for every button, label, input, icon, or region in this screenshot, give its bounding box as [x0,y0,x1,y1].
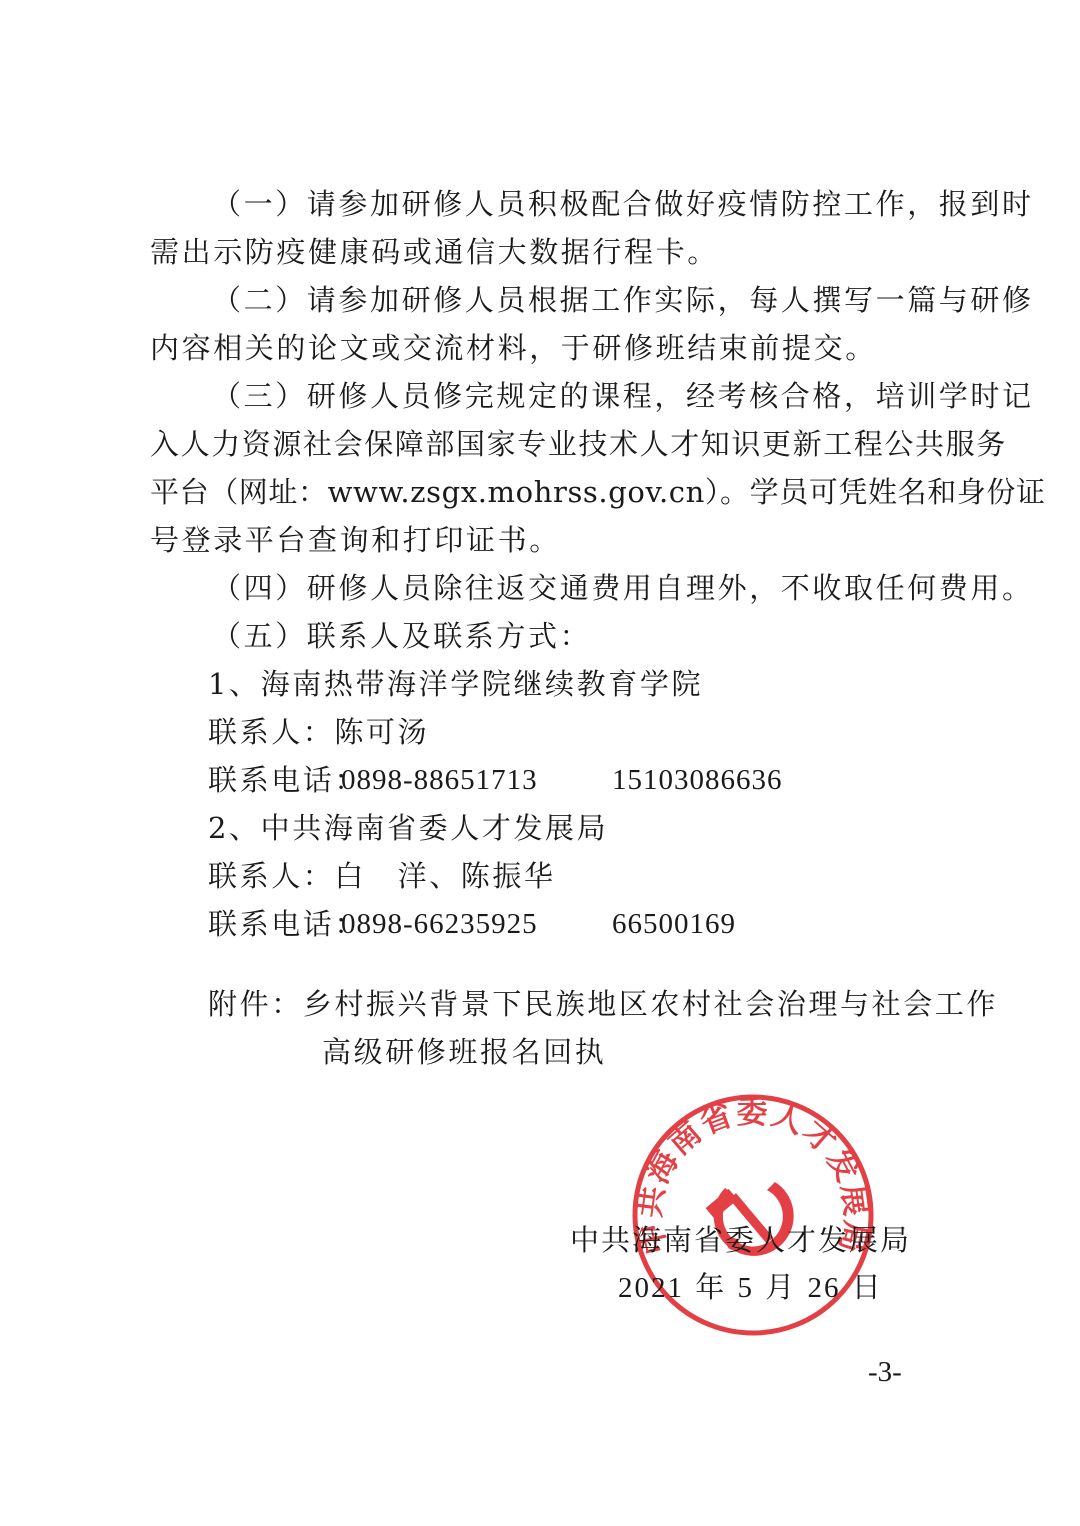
paragraph-5-line-1: （五）联系人及联系方式： [212,618,591,654]
contact-2-phone-row: 联系电话： 0898-66235925 66500169 [208,906,366,942]
paragraph-3-line-4: 号登录平台查询和打印证书。 [150,522,561,558]
contact-person-name: 陈可汤 [334,715,429,749]
contact-2-org: 2、中共海南省委人才发展局 [208,810,608,846]
page-number: -3- [868,1356,902,1389]
contact-person-name: 白 洋、陈振华 [334,859,555,893]
paragraph-3-line-2: 入人力资源社会保障部国家专业技术人才知识更新工程公共服务 [150,426,1007,462]
signature-date: 2021 年 5 月 26 日 [618,1270,883,1306]
attachment-title-line-2: 高级研修班报名回执 [322,1034,606,1070]
paragraph-2-line-2: 内容相关的论文或交流材料，于研修班结束前提交。 [150,330,877,366]
paragraph-3-line-3: 平台（网址：www.zsgx.mohrss.gov.cn）。学员可凭姓名和身份证 [150,474,1046,510]
attachment-title-line-1: 乡村振兴背景下民族地区农村社会治理与社会工作 [303,987,998,1021]
paragraph-4-line-1: （四）研修人员除往返交通费用自理外，不收取任何费用。 [212,570,1034,606]
contact-person-label: 联系人： [208,715,334,749]
contact-phone-2: 66500169 [612,906,736,942]
contact-1-person-row: 联系人：陈可汤 [208,714,429,750]
contact-phone-1: 0898-66235925 [341,906,538,942]
signature-org: 中共海南省委人才发展局 [570,1222,911,1258]
paragraph-1-line-2: 需出示防疫健康码或通信大数据行程卡。 [150,234,719,270]
attachment-row: 附件：乡村振兴背景下民族地区农村社会治理与社会工作 [208,986,998,1022]
contact-1-phone-row: 联系电话： 0898-88651713 15103086636 [208,762,366,798]
contact-1-org: 1、海南热带海洋学院继续教育学院 [208,666,703,702]
paragraph-3-line-1: （三）研修人员修完规定的课程，经考核合格，培训学时记 [212,378,1034,414]
paragraph-2-line-1: （二）请参加研修人员根据工作实际，每人撰写一篇与研修 [212,282,1034,318]
attachment-label: 附件： [208,987,303,1021]
contact-person-label: 联系人： [208,859,334,893]
contact-2-person-row: 联系人：白 洋、陈振华 [208,858,556,894]
paragraph-1-line-1: （一）请参加研修人员积极配合做好疫情防控工作，报到时 [212,186,1034,222]
contact-phone-2: 15103086636 [612,762,783,798]
contact-phone-1: 0898-88651713 [341,762,538,798]
